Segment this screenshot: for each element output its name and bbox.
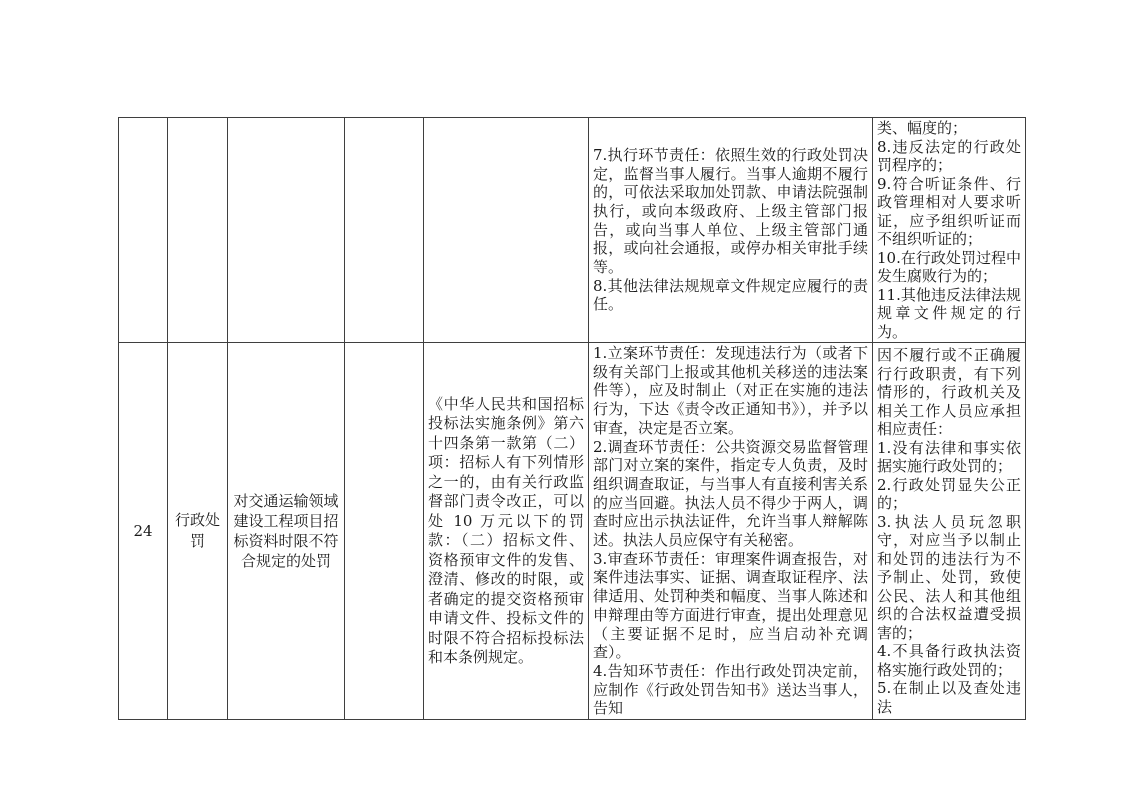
cell-power-name: 对交通运输领域建设工程项目招标资料时限不符合规定的处罚 (228, 343, 345, 720)
table-row-continued: 7.执行环节责任：依照生效的行政处罚决定，监督当事人履行。当事人逾期不履行的，可… (119, 118, 1026, 343)
cell-power-name (228, 118, 345, 343)
paragraph: 11.其他违反法律法规规章文件规定的行为。 (877, 286, 1021, 342)
paragraph: 类、幅度的； (877, 119, 1021, 138)
table-row-24: 24 行政处罚 对交通运输领域建设工程项目招标资料时限不符合规定的处罚 《中华人… (119, 343, 1026, 720)
paragraph: 9.符合听证条件、行政管理相对人要求听证，应予组织听证而不组织听证的； (877, 175, 1021, 249)
paragraph: 10.在行政处罚过程中发生腐败行为的； (877, 249, 1021, 286)
cell-seq: 24 (119, 343, 168, 720)
paragraph: 因不履行或不正确履行行政职责，有下列情形的，行政机关及相关工作人员应承担相应责任… (877, 346, 1021, 439)
cell-legal-basis: 《中华人民共和国招标投标法实施条例》第六十四条第一款第（二）项：招标人有下列情形… (424, 343, 589, 720)
cell-accountability: 因不履行或不正确履行行政职责，有下列情形的，行政机关及相关工作人员应承担相应责任… (873, 343, 1026, 720)
cell-responsibilities: 7.执行环节责任：依照生效的行政处罚决定，监督当事人履行。当事人逾期不履行的，可… (589, 118, 873, 343)
paragraph: 4.告知环节责任：作出行政处罚决定前，应制作《行政处罚告知书》送达当事人，告知 (593, 662, 868, 718)
cell-responsibilities: 1.立案环节责任：发现违法行为（或者下级有关部门上报或其他机关移送的违法案件等）… (589, 343, 873, 720)
paragraph: 1.立案环节责任：发现违法行为（或者下级有关部门上报或其他机关移送的违法案件等）… (593, 344, 868, 438)
cell-blank (345, 343, 424, 720)
paragraph: 3.执法人员玩忽职守，对应当予以制止和处罚的违法行为不予制止、处罚，致使公民、法… (877, 513, 1021, 643)
document-page: 7.执行环节责任：依照生效的行政处罚决定，监督当事人履行。当事人逾期不履行的，可… (0, 0, 1122, 793)
power-responsibility-table: 7.执行环节责任：依照生效的行政处罚决定，监督当事人履行。当事人逾期不履行的，可… (118, 117, 1026, 720)
paragraph: 8.违反法定的行政处罚程序的； (877, 138, 1021, 175)
paragraph: 《中华人民共和国招标投标法实施条例》第六十四条第一款第（二）项：招标人有下列情形… (428, 395, 584, 668)
paragraph: 4.不具备行政执法资格实施行政处罚的； (877, 642, 1021, 679)
cell-category: 行政处罚 (168, 343, 228, 720)
paragraph: 1.没有法律和事实依据实施行政处罚的； (877, 439, 1021, 476)
cell-seq (119, 118, 168, 343)
cell-legal-basis (424, 118, 589, 343)
paragraph: 2.调查环节责任：公共资源交易监督管理部门对立案的案件，指定专人负责，及时组织调… (593, 438, 868, 550)
cell-accountability: 类、幅度的；8.违反法定的行政处罚程序的；9.符合听证条件、行政管理相对人要求听… (873, 118, 1026, 343)
cell-category (168, 118, 228, 343)
cell-blank (345, 118, 424, 343)
paragraph: 5.在制止以及查处违法 (877, 679, 1021, 716)
paragraph: 3.审查环节责任：审理案件调查报告，对案件违法事实、证据、调查取证程序、法律适用… (593, 550, 868, 662)
paragraph: 8.其他法律法规规章文件规定应履行的责任。 (593, 277, 868, 314)
paragraph: 2.行政处罚显失公正的； (877, 476, 1021, 513)
paragraph: 7.执行环节责任：依照生效的行政处罚决定，监督当事人履行。当事人逾期不履行的，可… (593, 146, 868, 277)
